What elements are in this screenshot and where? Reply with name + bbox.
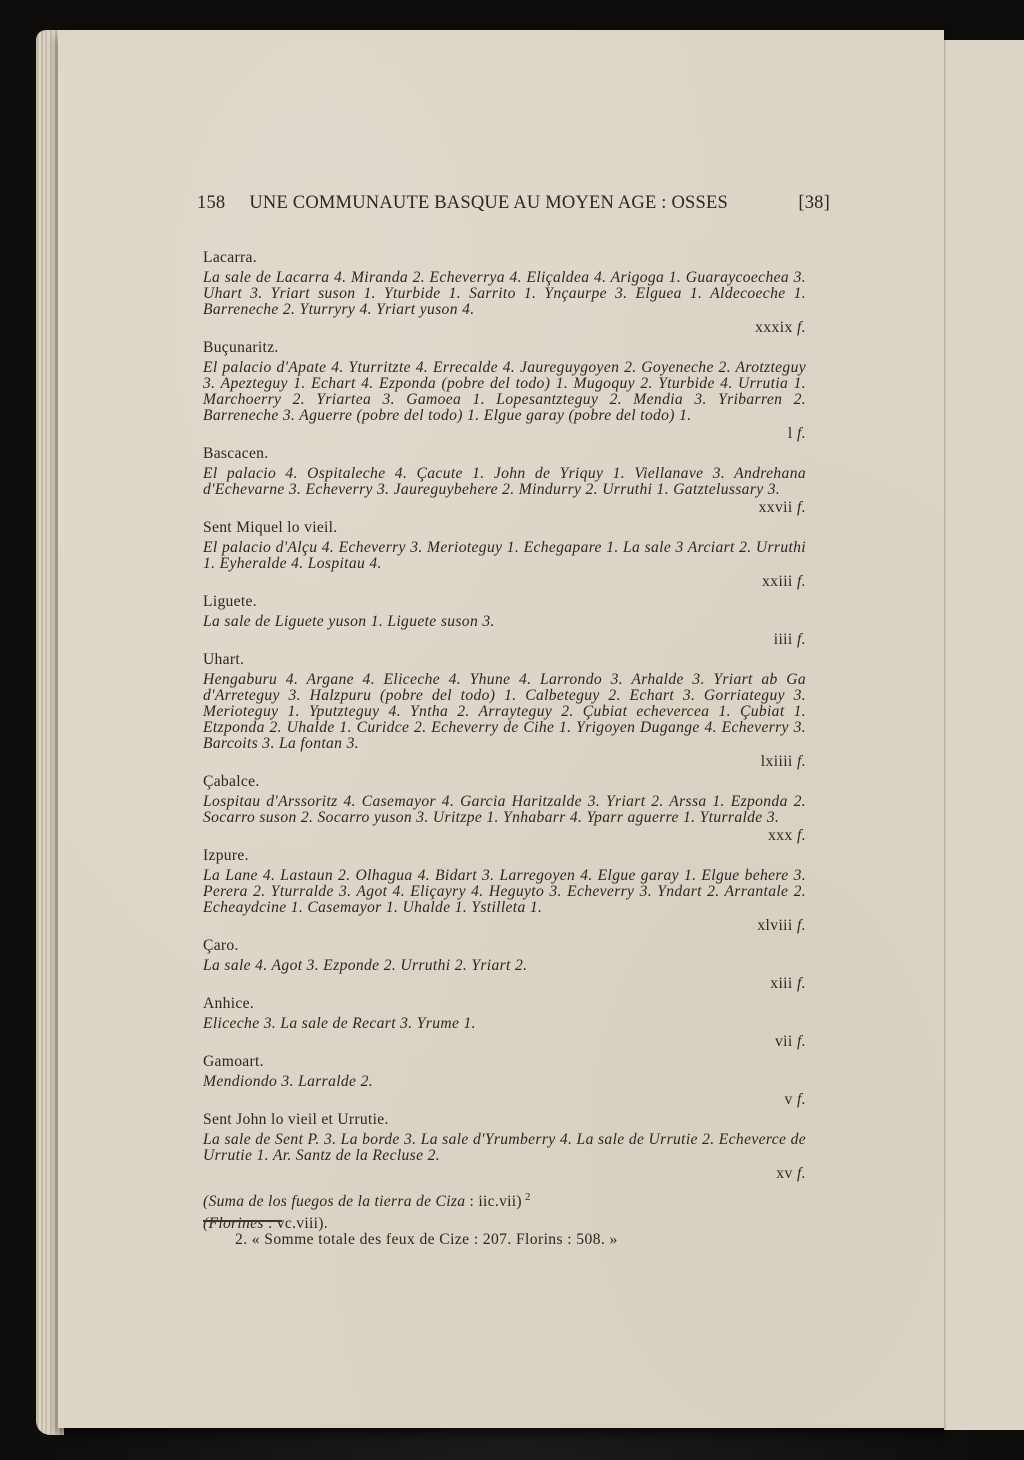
- entry-izpure: Izpure. La Lane 4. Lastaun 2. Olhagua 4.…: [203, 848, 806, 934]
- place-name: Sent Miquel lo vieil.: [203, 520, 806, 536]
- entry-bascacen: Bascacen. El palacio 4. Ospitaleche 4. Ç…: [203, 446, 806, 516]
- entry-gamoart: Gamoart. Mendiondo 3. Larralde 2. v f.: [203, 1054, 806, 1108]
- house-list: La sale de Sent P. 3. La borde 3. La sal…: [203, 1132, 806, 1164]
- running-title: UNE COMMUNAUTE BASQUE AU MOYEN AGE : OSS…: [249, 193, 798, 214]
- facing-page-edge: [947, 40, 1024, 1430]
- summary-separator: :: [465, 1193, 478, 1210]
- entry-sent-miquel: Sent Miquel lo vieil. El palacio d'Alçu …: [203, 520, 806, 590]
- hearth-total: xxvii f.: [203, 500, 806, 516]
- footnote-divider: [203, 1220, 282, 1222]
- total-roman: lxiiii: [761, 753, 793, 770]
- footnote-reference[interactable]: 2: [525, 1191, 531, 1203]
- total-unit: f.: [797, 499, 806, 516]
- running-head: 158 UNE COMMUNAUTE BASQUE AU MOYEN AGE :…: [203, 193, 806, 214]
- total-unit: f.: [797, 319, 806, 336]
- total-unit: f.: [797, 1033, 806, 1050]
- bracket-page-number: [38]: [798, 193, 830, 214]
- total-roman: iiii: [774, 631, 793, 648]
- hearth-total: xxiii f.: [203, 574, 806, 590]
- hearth-total: v f.: [203, 1092, 806, 1108]
- place-name: Sent John lo vieil et Urrutie.: [203, 1112, 806, 1128]
- hearth-total: iiii f.: [203, 632, 806, 648]
- entry-bucunaritz: Buçunaritz. El palacio d'Apate 4. Yturri…: [203, 340, 806, 442]
- hearth-total: vii f.: [203, 1034, 806, 1050]
- florins-value: vc.viii).: [277, 1215, 328, 1232]
- total-roman: xxiii: [762, 573, 793, 590]
- place-name: Izpure.: [203, 848, 806, 864]
- total-roman: v: [784, 1091, 792, 1108]
- hearth-total: xxx f.: [203, 828, 806, 844]
- house-list: La sale 4. Agot 3. Ezponde 2. Urruthi 2.…: [203, 958, 806, 974]
- florins-separator: :: [264, 1215, 277, 1232]
- place-name: Anhice.: [203, 996, 806, 1012]
- house-list: Lospitau d'Arssoritz 4. Casemayor 4. Gar…: [203, 794, 806, 826]
- hearth-total: xlviii f.: [203, 918, 806, 934]
- total-unit: f.: [797, 975, 806, 992]
- house-list: El palacio d'Alçu 4. Echeverry 3. Meriot…: [203, 540, 806, 572]
- summary-block: (Suma de los fuegos de la tierra de Ciza…: [203, 1186, 806, 1235]
- footnote: 2. « Somme totale des feux de Cize : 207…: [235, 1231, 618, 1249]
- page-number: 158: [197, 193, 225, 214]
- total-roman: xxx: [768, 827, 793, 844]
- hearth-total: xxxix f.: [203, 320, 806, 336]
- total-unit: f.: [797, 1091, 806, 1108]
- total-roman: l: [788, 425, 793, 442]
- total-unit: f.: [797, 573, 806, 590]
- summary-hearths: (Suma de los fuegos de la tierra de Ciza…: [203, 1186, 806, 1213]
- house-list: Eliceche 3. La sale de Recart 3. Yrume 1…: [203, 1016, 806, 1032]
- place-name: Lacarra.: [203, 250, 806, 266]
- entry-lacarra: Lacarra. La sale de Lacarra 4. Miranda 2…: [203, 250, 806, 336]
- house-list: El palacio d'Apate 4. Yturritzte 4. Erre…: [203, 360, 806, 424]
- entry-uhart: Uhart. Hengaburu 4. Argane 4. Eliceche 4…: [203, 652, 806, 770]
- hearth-total: lxiiii f.: [203, 754, 806, 770]
- total-roman: xxvii: [759, 499, 793, 516]
- entry-sent-john: Sent John lo vieil et Urrutie. La sale d…: [203, 1112, 806, 1182]
- house-list: Hengaburu 4. Argane 4. Eliceche 4. Yhune…: [203, 672, 806, 752]
- place-name: Gamoart.: [203, 1054, 806, 1070]
- house-list: La sale de Liguete yuson 1. Liguete suso…: [203, 614, 806, 630]
- house-list: La sale de Lacarra 4. Miranda 2. Echever…: [203, 270, 806, 318]
- total-unit: f.: [797, 631, 806, 648]
- florins-label: (Florines: [203, 1215, 264, 1232]
- total-unit: f.: [797, 1165, 806, 1182]
- place-name: Çabalce.: [203, 774, 806, 790]
- hearth-list: Lacarra. La sale de Lacarra 4. Miranda 2…: [203, 250, 806, 1235]
- hearth-total: xv f.: [203, 1166, 806, 1182]
- place-name: Çaro.: [203, 938, 806, 954]
- summary-label: (Suma de los fuegos de la tierra de Ciza: [203, 1193, 465, 1210]
- place-name: Liguete.: [203, 594, 806, 610]
- total-roman: xxxix: [755, 319, 793, 336]
- total-roman: xiii: [770, 975, 792, 992]
- total-roman: xv: [776, 1165, 792, 1182]
- total-roman: xlviii: [757, 917, 792, 934]
- total-roman: vii: [775, 1033, 793, 1050]
- entry-anhice: Anhice. Eliceche 3. La sale de Recart 3.…: [203, 996, 806, 1050]
- house-list: Mendiondo 3. Larralde 2.: [203, 1074, 806, 1090]
- place-name: Bascacen.: [203, 446, 806, 462]
- entry-cabalce: Çabalce. Lospitau d'Arssoritz 4. Casemay…: [203, 774, 806, 844]
- hearth-total: l f.: [203, 426, 806, 442]
- entry-liguete: Liguete. La sale de Liguete yuson 1. Lig…: [203, 594, 806, 648]
- summary-value: iic.vii): [478, 1193, 522, 1210]
- total-unit: f.: [797, 425, 806, 442]
- entry-caro: Çaro. La sale 4. Agot 3. Ezponde 2. Urru…: [203, 938, 806, 992]
- place-name: Buçunaritz.: [203, 340, 806, 356]
- total-unit: f.: [797, 827, 806, 844]
- house-list: La Lane 4. Lastaun 2. Olhagua 4. Bidart …: [203, 868, 806, 916]
- house-list: El palacio 4. Ospitaleche 4. Çacute 1. J…: [203, 466, 806, 498]
- total-unit: f.: [797, 917, 806, 934]
- hearth-total: xiii f.: [203, 976, 806, 992]
- place-name: Uhart.: [203, 652, 806, 668]
- total-unit: f.: [797, 753, 806, 770]
